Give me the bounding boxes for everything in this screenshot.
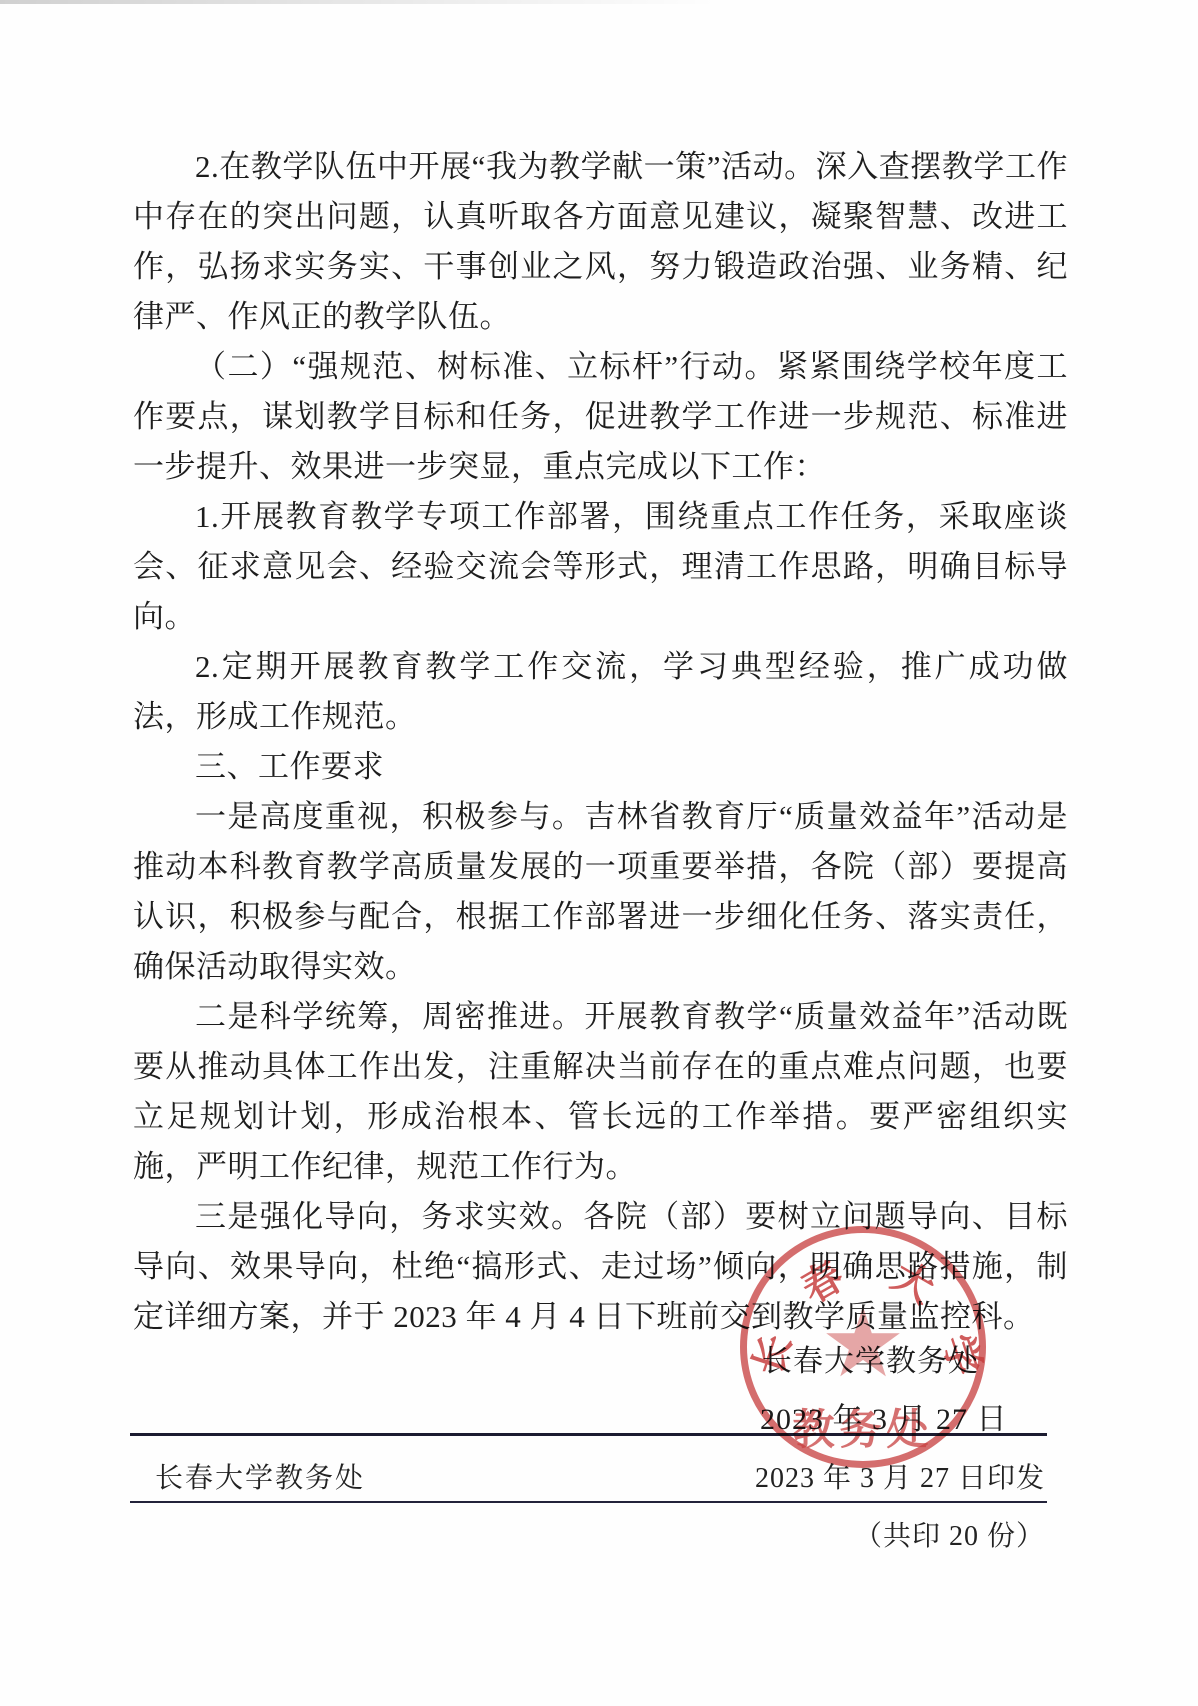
signature-date: 2023 年 3 月 27 日 xyxy=(760,1394,1008,1438)
footer-rule-top xyxy=(130,1433,1047,1436)
paragraph: 2.在教学队伍中开展“我为教学献一策”活动。深入查摆教学工作中存在的突出问题，认… xyxy=(133,142,1068,342)
paragraph: 一是高度重视，积极参与。吉林省教育厅“质量效益年”活动是推动本科教育教学高质量发… xyxy=(133,792,1068,992)
paragraph: 三、工作要求 xyxy=(133,742,1068,792)
footer-copies-count: （共印 20 份） xyxy=(854,1514,1045,1554)
document-page: 2.在教学队伍中开展“我为教学献一策”活动。深入查摆教学工作中存在的突出问题，认… xyxy=(0,0,1198,1706)
paragraph: 2.定期开展教育教学工作交流，学习典型经验，推广成功做法，形成工作规范。 xyxy=(133,642,1068,742)
document-body: 2.在教学队伍中开展“我为教学献一策”活动。深入查摆教学工作中存在的突出问题，认… xyxy=(133,142,1068,1342)
paragraph: 三是强化导向，务求实效。各院（部）要树立问题导向、目标导向、效果导向，杜绝“搞形… xyxy=(133,1192,1068,1342)
footer-rule-bottom xyxy=(130,1501,1047,1503)
footer-org: 长春大学教务处 xyxy=(155,1456,365,1496)
signature-org: 长春大学教务处 xyxy=(762,1336,979,1380)
paragraph: 1.开展教育教学专项工作部署，围绕重点工作任务，采取座谈会、征求意见会、经验交流… xyxy=(133,492,1068,642)
footer-print-date: 2023 年 3 月 27 日印发 xyxy=(755,1456,1045,1496)
paragraph: （二）“强规范、树标准、立标杆”行动。紧紧围绕学校年度工作要点，谋划教学目标和任… xyxy=(133,342,1068,492)
paragraph: 二是科学统筹，周密推进。开展教育教学“质量效益年”活动既要从推动具体工作出发，注… xyxy=(133,992,1068,1192)
